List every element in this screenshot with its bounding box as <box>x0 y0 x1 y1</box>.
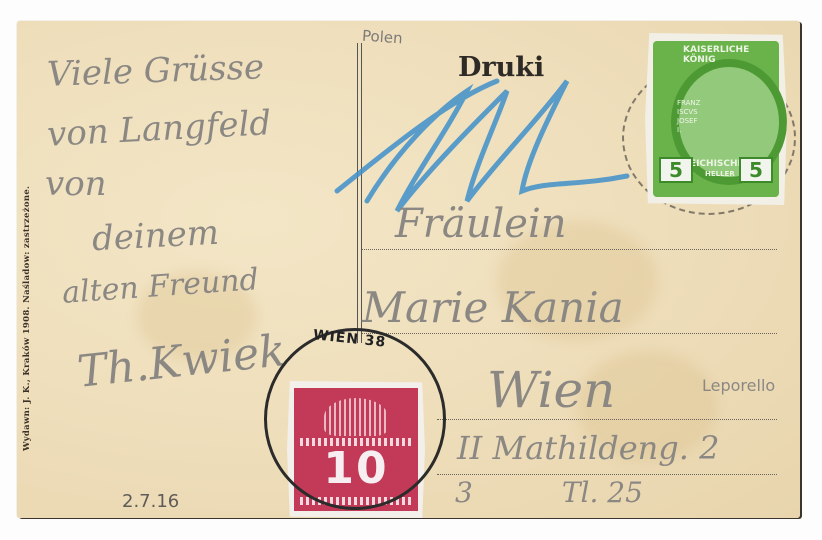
stamp-value-right: 5 <box>739 157 773 183</box>
address-line-2 <box>362 333 777 334</box>
stamp-inscription: FRANZ ISCVS JOSEF I. <box>677 99 700 135</box>
address-line-4 <box>437 474 777 475</box>
address-city: Wien <box>487 361 615 419</box>
publisher-line: Wydawn: J. K., Kraków 1908. Naśladow: za… <box>22 186 32 451</box>
stamp-ring-text: KAISERLICHE KÖNIG <box>683 45 779 65</box>
address-line-3 <box>437 419 777 420</box>
message-line-2: von Langfeld <box>46 103 272 155</box>
message-line-3: von <box>45 164 107 204</box>
address-district: 3 Tl. 25 <box>455 476 643 509</box>
stamp-5-heller: KAISERLICHE KÖNIG REICHISCHE FRANZ ISCVS… <box>645 33 787 205</box>
postmark-circle <box>264 328 446 510</box>
address-line-1 <box>362 249 777 250</box>
stamp-unit: HELLER <box>705 170 735 178</box>
pencil-note-polen: Polen <box>361 27 403 48</box>
bottom-note: 2.7.16 <box>122 491 179 512</box>
address-salutation: Fräulein <box>395 201 567 247</box>
message-line-1: Viele Grüsse <box>46 47 264 95</box>
address-name: Marie Kania <box>362 283 624 332</box>
address-street: II Mathildeng. 2 <box>457 429 719 467</box>
signature: Th.Kwiek <box>75 325 288 398</box>
postcard: Wydawn: J. K., Kraków 1908. Naśladow: za… <box>17 21 800 518</box>
stamp-value-left: 5 <box>659 157 693 183</box>
address-side-note: Leporello <box>702 376 775 395</box>
message-line-4: deinem <box>91 213 220 260</box>
